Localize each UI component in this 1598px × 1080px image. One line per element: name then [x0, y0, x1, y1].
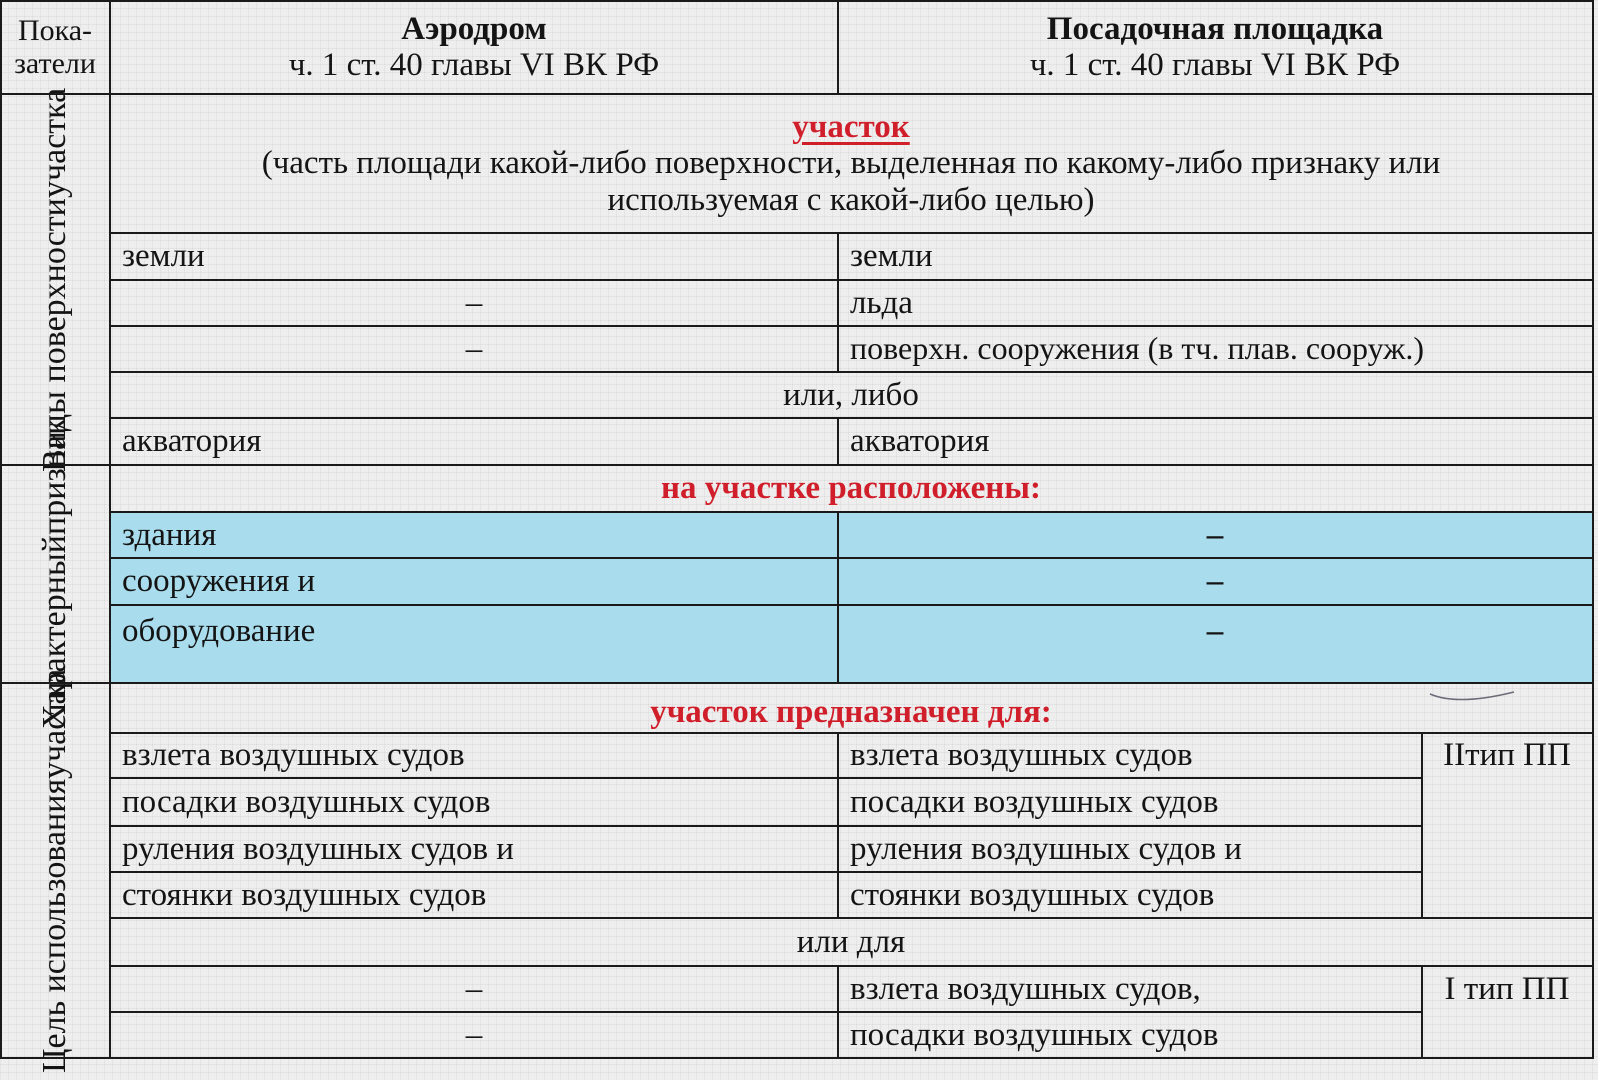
- surface-row-1-aerodrome: земли: [110, 233, 838, 280]
- grid-line: [110, 777, 1422, 779]
- grid-line: [110, 511, 1594, 513]
- feature-row-1-aerodrome: здания: [110, 512, 838, 558]
- purpose-row-2-aerodrome: посадки воздушных судов: [110, 778, 838, 826]
- purpose-alt-row-2-landing-site: посадки воздушных судов: [838, 1012, 1422, 1058]
- grid-line: [837, 232, 839, 372]
- grid-line: [110, 557, 1594, 559]
- feature-row-2-aerodrome: сооружения и: [110, 558, 838, 605]
- purpose-row-4-aerodrome: стоянки воздушных судов: [110, 872, 838, 918]
- grid-line: [837, 511, 839, 683]
- purpose-side-label: Цель использования участка: [0, 683, 110, 1058]
- aerodrome-subtitle: ч. 1 ст. 40 главы VI ВК РФ: [289, 47, 659, 83]
- surface-row-1-landing-site: земли: [838, 233, 1592, 280]
- grid-line: [110, 279, 1594, 281]
- aerodrome-header: Аэродром ч. 1 ст. 40 главы VI ВК РФ: [110, 0, 838, 94]
- surface-heading: участок: [792, 109, 910, 145]
- grid-line: [1421, 732, 1423, 918]
- grid-line: [110, 825, 1422, 827]
- surface-separator: или, либо: [110, 372, 1592, 418]
- purpose-row-3-landing-site: руления воздушных судов и: [838, 826, 1422, 872]
- aerodrome-title: Аэродром: [401, 11, 546, 47]
- grid-line: [110, 732, 1594, 734]
- type-2-label: IIтип ПП: [1422, 733, 1592, 778]
- feature-heading: на участке расположены:: [110, 465, 1592, 512]
- grid-line: [837, 0, 839, 94]
- grid-line: [837, 417, 839, 465]
- pen-mark: [1428, 688, 1518, 710]
- surface-definition-line1: (часть площади какой-либо поверхности, в…: [262, 145, 1441, 181]
- purpose-row-2-landing-site: посадки воздушных судов: [838, 778, 1422, 826]
- feature-row-3-aerodrome: оборудование: [110, 605, 838, 657]
- purpose-heading: участок предназначен для:: [110, 683, 1592, 733]
- grid-line: [837, 732, 839, 918]
- grid-line: [0, 682, 1594, 684]
- purpose-separator: или для: [110, 918, 1592, 966]
- surface-row-2-landing-site: льда: [838, 280, 1592, 326]
- grid-line: [0, 1057, 1594, 1059]
- grid-line: [110, 417, 1594, 419]
- landing-site-header: Посадочная площадка ч. 1 ст. 40 главы VI…: [838, 0, 1592, 94]
- landing-site-subtitle: ч. 1 ст. 40 главы VI ВК РФ: [1030, 47, 1400, 83]
- feature-row-1-landing-site: –: [838, 512, 1592, 558]
- grid-line: [110, 871, 1422, 873]
- grid-line: [110, 1011, 1422, 1013]
- grid-line: [110, 232, 1594, 234]
- indicators-header: Пока- затели: [0, 0, 110, 94]
- grid-line: [1592, 0, 1594, 1059]
- grid-line: [1421, 965, 1423, 1058]
- type-1-label: I тип ПП: [1422, 966, 1592, 1012]
- grid-line: [109, 0, 111, 1059]
- grid-line: [110, 371, 1594, 373]
- purpose-alt-row-1-aerodrome: –: [110, 966, 838, 1012]
- grid-line: [110, 604, 1594, 606]
- grid-line: [110, 917, 1594, 919]
- purpose-alt-row-2-aerodrome: –: [110, 1012, 838, 1058]
- comparison-table: Пока- затели Аэродром ч. 1 ст. 40 главы …: [0, 0, 1598, 1080]
- feature-row-2-landing-site: –: [838, 558, 1592, 605]
- grid-line: [110, 965, 1594, 967]
- surface-row-3-aerodrome: –: [110, 326, 838, 372]
- surface-row-2-aerodrome: –: [110, 280, 838, 326]
- surface-row-3-landing-site: поверхн. сооружения (в тч. плав. соoруж.…: [838, 326, 1592, 372]
- landing-site-title: Посадочная площадка: [1047, 11, 1383, 47]
- purpose-row-1-landing-site: взлета воздушных судов: [838, 733, 1422, 778]
- grid-line: [0, 0, 2, 1059]
- purpose-row-3-aerodrome: руления воздушных судов и: [110, 826, 838, 872]
- surface-side-label: Виды поверхности участка: [0, 94, 110, 465]
- surface-definition-line2: используемая с какой-либо целью): [607, 182, 1094, 218]
- purpose-row-4-landing-site: стоянки воздушных судов: [838, 872, 1422, 918]
- grid-line: [837, 965, 839, 1058]
- grid-line: [110, 325, 1594, 327]
- grid-line: [0, 93, 1594, 95]
- surface-last-row-landing-site: акватория: [838, 418, 1592, 465]
- purpose-alt-row-1-landing-site: взлета воздушных судов,: [838, 966, 1422, 1012]
- feature-row-3-landing-site: –: [838, 605, 1592, 657]
- grid-line: [0, 464, 1594, 466]
- purpose-row-1-aerodrome: взлета воздушных судов: [110, 733, 838, 778]
- feature-side-label: Характерный признак: [0, 465, 110, 683]
- grid-line: [0, 0, 1594, 2]
- surface-heading-block: участок (часть площади какой-либо поверх…: [110, 94, 1592, 233]
- surface-last-row-aerodrome: акватория: [110, 418, 838, 465]
